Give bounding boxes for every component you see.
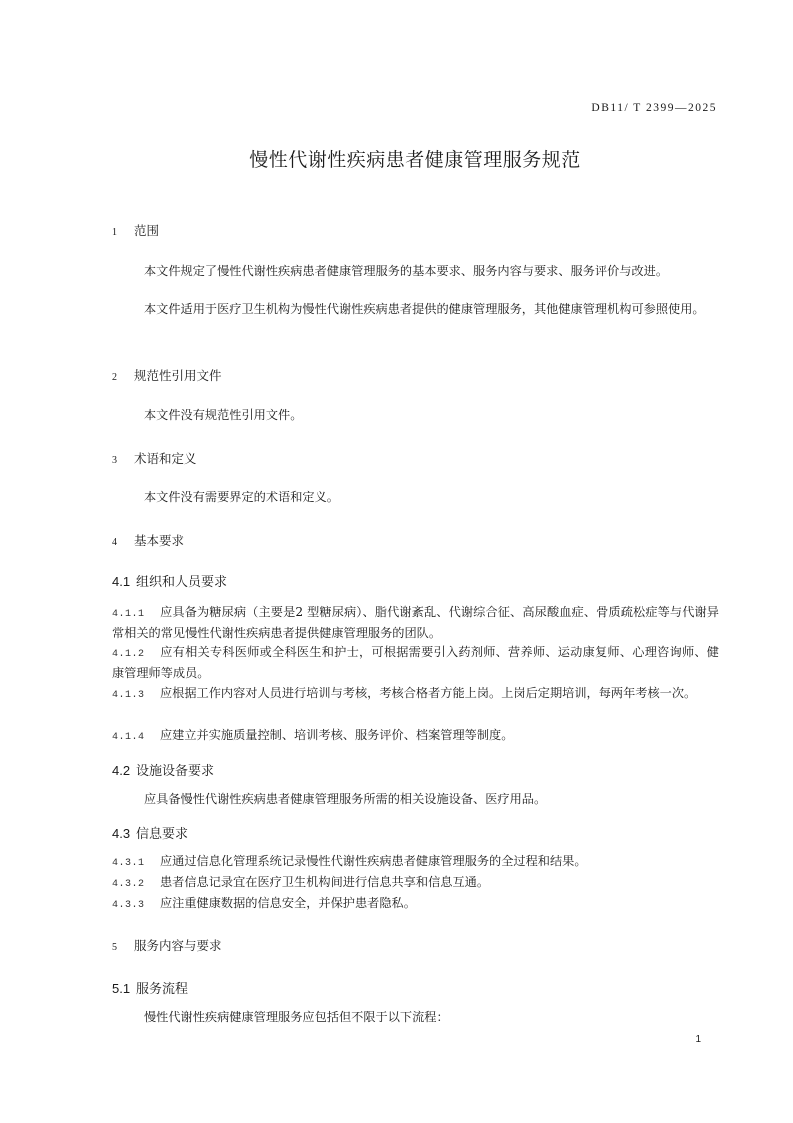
subsection-4-2-heading: 4.2设施设备要求 xyxy=(112,760,214,779)
clause-text: 患者信息记录宜在医疗卫生机构间进行信息共享和信息互通。 xyxy=(160,875,489,889)
subsection-number: 5.1 xyxy=(112,981,136,996)
section-5-heading: 5服务内容与要求 xyxy=(112,936,222,954)
clause-text: 应注重健康数据的信息安全，并保护患者隐私。 xyxy=(160,896,416,910)
page-number: 1 xyxy=(695,1034,701,1045)
clause-number: 4.1.4 xyxy=(112,728,160,747)
subsection-5-1-paragraph: 慢性代谢性疾病健康管理服务应包括但不限于以下流程： xyxy=(112,1008,719,1027)
section-1-paragraph-1: 本文件规定了慢性代谢性疾病患者健康管理服务的基本要求、服务内容与要求、服务评价与… xyxy=(112,262,719,281)
subsection-4-3-heading: 4.3信息要求 xyxy=(112,823,188,842)
section-1-paragraph-2: 本文件适用于医疗卫生机构为慢性代谢性疾病患者提供的健康管理服务，其他健康管理机构… xyxy=(112,300,719,319)
section-2-paragraph: 本文件没有规范性引用文件。 xyxy=(112,406,719,425)
section-title: 服务内容与要求 xyxy=(134,938,222,953)
clause-text: 应有相关专科医师或全科医生和护士，可根据需要引入药剂师、营养师、运动康复师、心理… xyxy=(112,645,719,680)
section-number: 1 xyxy=(112,227,134,238)
subsection-title: 服务流程 xyxy=(136,982,188,997)
subsection-title: 组织和人员要求 xyxy=(136,575,227,590)
clause-4-3-3: 4.3.3应注重健康数据的信息安全，并保护患者隐私。 xyxy=(112,894,719,915)
clause-number: 4.3.1 xyxy=(112,854,160,873)
clause-number: 4.1.3 xyxy=(112,686,160,705)
subsection-number: 4.2 xyxy=(112,763,136,778)
clause-4-1-2: 4.1.2应有相关专科医师或全科医生和护士，可根据需要引入药剂师、营养师、运动康… xyxy=(112,643,719,683)
clause-4-3-1: 4.3.1应通过信息化管理系统记录慢性代谢性疾病患者健康管理服务的全过程和结果。 xyxy=(112,852,719,873)
subsection-4-1-heading: 4.1组织和人员要求 xyxy=(112,571,227,590)
section-number: 3 xyxy=(112,455,134,466)
subsection-title: 信息要求 xyxy=(136,827,188,842)
clause-number: 4.3.2 xyxy=(112,875,160,894)
section-3-paragraph: 本文件没有需要界定的术语和定义。 xyxy=(112,488,719,507)
subsection-4-2-paragraph: 应具备慢性代谢性疾病患者健康管理服务所需的相关设施设备、医疗用品。 xyxy=(112,790,719,809)
clause-text: 应具备为糖尿病（主要是2 型糖尿病）、脂代谢紊乱、代谢综合征、高尿酸血症、骨质疏… xyxy=(112,605,719,640)
clause-text: 应建立并实施质量控制、培训考核、服务评价、档案管理等制度。 xyxy=(160,728,513,742)
subsection-number: 4.3 xyxy=(112,826,136,841)
clause-4-1-1: 4.1.1应具备为糖尿病（主要是2 型糖尿病）、脂代谢紊乱、代谢综合征、高尿酸血… xyxy=(112,603,719,643)
section-1-heading: 1范围 xyxy=(112,221,159,239)
section-title: 范围 xyxy=(134,223,159,238)
section-4-heading: 4基本要求 xyxy=(112,531,184,549)
document-page: DB11/ T 2399—2025 慢性代谢性疾病患者健康管理服务规范 1范围 … xyxy=(0,0,793,1123)
clause-number: 4.3.3 xyxy=(112,896,160,915)
section-title: 术语和定义 xyxy=(134,451,197,466)
clause-4-1-4: 4.1.4应建立并实施质量控制、培训考核、服务评价、档案管理等制度。 xyxy=(112,726,719,747)
section-title: 规范性引用文件 xyxy=(134,368,222,383)
clause-4-1-3: 4.1.3应根据工作内容对人员进行培训与考核，考核合格者方能上岗。上岗后定期培训… xyxy=(112,684,719,705)
section-title: 基本要求 xyxy=(134,533,184,548)
subsection-title: 设施设备要求 xyxy=(136,764,214,779)
clause-text: 应根据工作内容对人员进行培训与考核，考核合格者方能上岗。上岗后定期培训，每两年考… xyxy=(160,686,696,700)
document-code: DB11/ T 2399—2025 xyxy=(591,102,717,114)
clause-text: 应通过信息化管理系统记录慢性代谢性疾病患者健康管理服务的全过程和结果。 xyxy=(160,854,587,868)
subsection-5-1-heading: 5.1服务流程 xyxy=(112,978,188,997)
clause-number: 4.1.1 xyxy=(112,605,160,624)
section-3-heading: 3术语和定义 xyxy=(112,449,197,467)
section-number: 2 xyxy=(112,372,134,383)
document-title: 慢性代谢性疾病患者健康管理服务规范 xyxy=(0,145,793,172)
clause-number: 4.1.2 xyxy=(112,645,160,664)
section-2-heading: 2规范性引用文件 xyxy=(112,366,222,384)
section-number: 4 xyxy=(112,537,134,548)
clause-4-3-2: 4.3.2患者信息记录宜在医疗卫生机构间进行信息共享和信息互通。 xyxy=(112,873,719,894)
section-number: 5 xyxy=(112,942,134,953)
subsection-number: 4.1 xyxy=(112,574,136,589)
